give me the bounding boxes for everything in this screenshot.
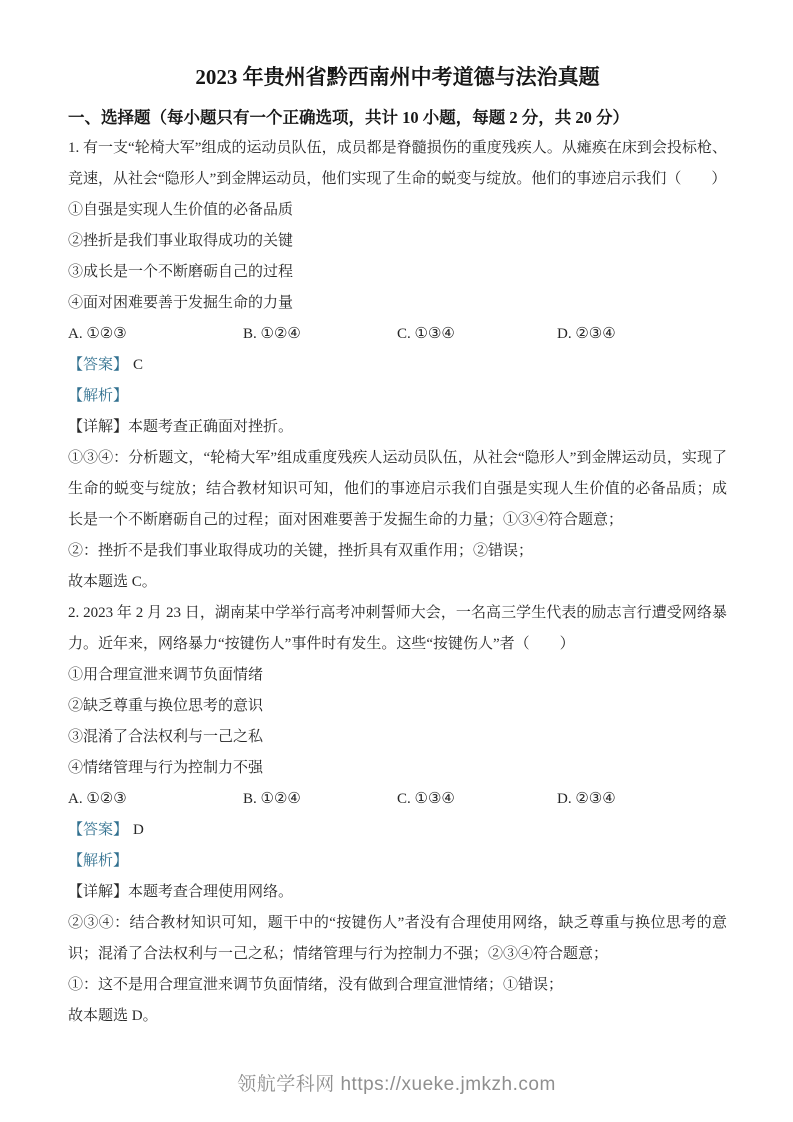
question-2-option-b: B. ①②④ [243,784,397,815]
question-block-2: 2. 2023 年 2 月 23 日，湖南某中学举行高考冲刺誓师大会，一名高三学… [68,598,727,1032]
question-2-option-c: C. ①③④ [397,784,557,815]
question-1-item-1: ①自强是实现人生价值的必备品质 [68,195,727,226]
analysis-label: 【解析】 [68,388,128,404]
question-2-analysis-line: 【解析】 [68,846,727,877]
answer-label: 【答案】 [68,822,128,838]
question-1-item-2: ②挫折是我们事业取得成功的关键 [68,226,727,257]
section-heading: 一、选择题（每小题只有一个正确选项，共计 10 小题，每题 2 分，共 20 分… [68,105,727,131]
question-1-item-3: ③成长是一个不断磨砺自己的过程 [68,257,727,288]
exam-document-page: 2023 年贵州省黔西南州中考道德与法治真题 一、选择题（每小题只有一个正确选项… [0,0,793,1032]
question-2-stem: 2. 2023 年 2 月 23 日，湖南某中学举行高考冲刺誓师大会，一名高三学… [68,598,727,660]
question-1-answer-value: C [133,357,143,373]
question-2-answer-line: 【答案】D [68,815,727,846]
question-2-item-2: ②缺乏尊重与换位思考的意识 [68,691,727,722]
question-2-option-a: A. ①②③ [68,784,243,815]
question-2-explanation-1: 【详解】本题考查合理使用网络。 [68,877,727,908]
question-1-option-a: A. ①②③ [68,319,243,350]
answer-label: 【答案】 [68,357,128,373]
question-1-conclusion: 故本题选 C。 [68,567,727,598]
question-2-options-row: A. ①②③ B. ①②④ C. ①③④ D. ②③④ [68,784,727,815]
question-1-analysis-line: 【解析】 [68,381,727,412]
question-2-explanation-3: ①：这不是用合理宣泄来调节负面情绪，没有做到合理宣泄情绪；①错误； [68,970,727,1001]
question-1-explanation-1: 【详解】本题考查正确面对挫折。 [68,412,727,443]
question-1-option-c: C. ①③④ [397,319,557,350]
analysis-label: 【解析】 [68,853,128,869]
question-2-answer-value: D [133,822,144,838]
question-1-item-4: ④面对困难要善于发掘生命的力量 [68,288,727,319]
question-1-stem: 1. 有一支“轮椅大军”组成的运动员队伍，成员都是脊髓损伤的重度残疾人。从瘫痪在… [68,133,727,195]
question-2-item-1: ①用合理宣泄来调节负面情绪 [68,660,727,691]
question-1-option-d: D. ②③④ [557,319,727,350]
footer-watermark: 领航学科网 https://xueke.jmkzh.com [0,1069,793,1096]
question-2-option-d: D. ②③④ [557,784,727,815]
question-2-explanation-2: ②③④：结合教材知识可知，题干中的“按键伤人”者没有合理使用网络，缺乏尊重与换位… [68,908,727,970]
page-title: 2023 年贵州省黔西南州中考道德与法治真题 [68,62,727,92]
question-1-options-row: A. ①②③ B. ①②④ C. ①③④ D. ②③④ [68,319,727,350]
question-1-explanation-3: ②：挫折不是我们事业取得成功的关键，挫折具有双重作用；②错误； [68,536,727,567]
question-block-1: 1. 有一支“轮椅大军”组成的运动员队伍，成员都是脊髓损伤的重度残疾人。从瘫痪在… [68,133,727,598]
question-1-answer-line: 【答案】C [68,350,727,381]
question-1-explanation-2: ①③④：分析题文，“轮椅大军”组成重度残疾人运动员队伍，从社会“隐形人”到金牌运… [68,443,727,536]
question-2-conclusion: 故本题选 D。 [68,1001,727,1032]
question-2-item-4: ④情绪管理与行为控制力不强 [68,753,727,784]
question-2-item-3: ③混淆了合法权利与一己之私 [68,722,727,753]
question-1-option-b: B. ①②④ [243,319,397,350]
